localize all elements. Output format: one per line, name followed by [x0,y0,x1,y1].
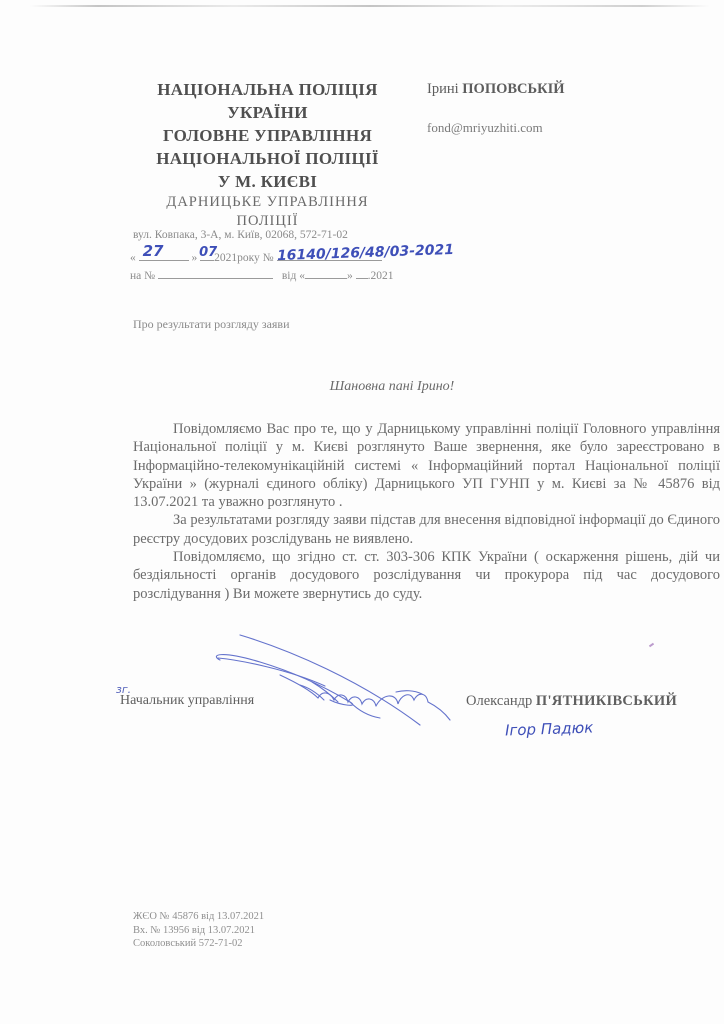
ref-number-field [158,266,273,279]
ref-prefix: на № [130,270,155,282]
signatory-title: Начальник управління [120,693,254,709]
footer-notes: ЖЄО № 45876 від 13.07.2021 Вх. № 13956 в… [133,910,264,951]
org-line: У М. КИЄВІ [125,170,410,193]
signatory-last-name: П'ЯТНИКІВСЬКИЙ [536,693,677,709]
year-and-number-label: 2021року № [214,252,274,264]
recipient-name: Ірині ПОПОВСЬКІЙ [427,80,565,98]
reg-number-field: 16140/126/48/03-2021 [277,248,382,261]
body-paragraph: За результатами розгляду заяви підстав д… [133,511,720,548]
body-paragraph: Повідомляємо, що згідно ст. ст. 303-306 … [133,548,720,603]
ref-close-quote: » [347,270,353,282]
open-quote: « [130,252,136,264]
footer-line: Соколовський 572-71-02 [133,937,264,951]
letterhead-address: вул. Ковпака, 3-А, м. Київ, 02068, 572-7… [133,229,348,241]
handwritten-signature-icon [200,630,480,740]
letterhead: НАЦІОНАЛЬНА ПОЛІЦІЯ УКРАЇНИ ГОЛОВНЕ УПРА… [125,78,410,231]
ink-mark [649,643,654,648]
recipient-email: fond@mriyuzhiti.com [427,120,565,136]
recipient-first-name: Ірині [427,81,459,97]
footer-line: Вх. № 13956 від 13.07.2021 [133,924,264,938]
org-line: ГОЛОВНЕ УПРАВЛІННЯ [125,124,410,147]
reg-number-handwritten: 16140/126/48/03-2021 [276,242,453,264]
ref-year: .2021 [368,270,394,282]
ref-month-field [356,266,368,279]
body-paragraph: Повідомляємо Вас про те, що у Дарницьком… [133,420,720,511]
org-line: НАЦІОНАЛЬНОЇ ПОЛІЦІЇ [125,147,410,170]
month-field: 07 [200,248,214,261]
reference-line: на № від «» .2021 [130,266,393,282]
letter-body: Повідомляємо Вас про те, що у Дарницьком… [133,420,720,603]
org-line: НАЦІОНАЛЬНА ПОЛІЦІЯ [125,78,410,101]
footer-line: ЖЄО № 45876 від 13.07.2021 [133,910,264,924]
org-line: УКРАЇНИ [125,101,410,124]
scan-edge-line [30,5,710,7]
signatory-first-name: Олександр [466,693,532,709]
signatory-name: Олександр П'ЯТНИКІВСЬКИЙ [466,693,677,710]
day-field: 27 [139,248,189,261]
month-handwritten: 07 [199,245,217,260]
acting-signatory-handwritten: Ігор Падюк [505,718,594,739]
ref-from-label: від « [282,270,305,282]
salutation: Шановна пані Ірино! [0,379,724,395]
recipient-last-name: ПОПОВСЬКІЙ [462,81,564,97]
ref-date-field [305,266,347,279]
outgoing-date-line: « 27 » 07 2021року № 16140/126/48/03-202… [130,248,382,264]
day-handwritten: 27 [143,242,164,260]
close-quote: » [192,252,198,264]
recipient-block: Ірині ПОПОВСЬКІЙ fond@mriyuzhiti.com [427,80,565,136]
subject: Про результати розгляду заяви [133,316,313,332]
letter-page: НАЦІОНАЛЬНА ПОЛІЦІЯ УКРАЇНИ ГОЛОВНЕ УПРА… [0,0,724,1024]
department-line: ДАРНИЦЬКЕ УПРАВЛІННЯ [125,193,410,212]
